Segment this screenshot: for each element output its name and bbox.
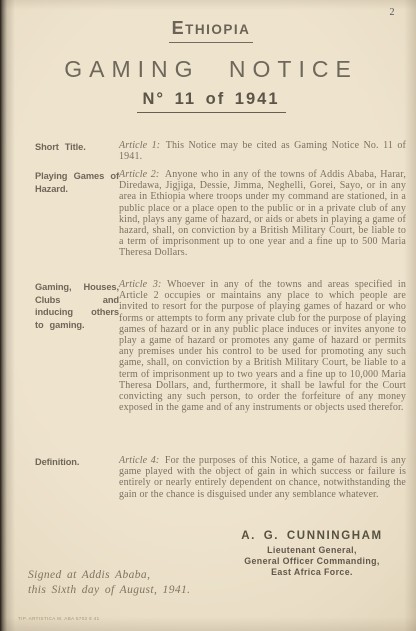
- country-heading: ETHIOPIA: [169, 18, 254, 43]
- article-1-label: Article 1:: [119, 140, 160, 151]
- notice-number-wrap: N° 11 of 1941: [14, 90, 408, 113]
- article-1-text: This Notice may be cited as Gaming Notic…: [119, 140, 406, 162]
- article-2: Article 2:Anyone who in any of the towns…: [119, 169, 406, 259]
- article-2-text: Anyone who in any of the towns of Addis …: [119, 169, 406, 258]
- signature-block: A. G. CUNNINGHAM Lieutenant General, Gen…: [228, 530, 396, 577]
- side-label-gaming-houses: Gaming, Houses, Clubs and inducing other…: [35, 281, 119, 331]
- article-3-text: Whoever in any of the towns and areas sp…: [119, 279, 406, 413]
- notice-number: N° 11 of 1941: [137, 90, 286, 113]
- signed-at-block: Signed at Addis Ababa, this Sixth day of…: [28, 568, 248, 597]
- signed-place: Signed at Addis Ababa,: [28, 568, 248, 583]
- side-label-playing-games: Playing Games of Hazard.: [35, 170, 119, 195]
- article-3: Article 3:Whoever in any of the towns an…: [119, 279, 406, 413]
- article-4-text: For the purposes of this Notice, a game …: [119, 455, 406, 500]
- signatory-force: East Africa Force.: [228, 567, 396, 578]
- article-3-label: Article 3:: [119, 279, 162, 290]
- signed-date: this Sixth day of August, 1941.: [28, 583, 248, 598]
- article-1: Article 1:This Notice may be cited as Ga…: [119, 140, 406, 162]
- signatory-title: General Officer Commanding,: [228, 556, 396, 567]
- article-4-label: Article 4:: [119, 455, 159, 466]
- country-heading-wrap: ETHIOPIA: [14, 18, 408, 43]
- side-label-short-title: Short Title.: [35, 141, 119, 154]
- notice-title: GAMING NOTICE: [14, 56, 408, 83]
- article-4: Article 4:For the purposes of this Notic…: [119, 455, 406, 500]
- page-number: 2: [390, 7, 396, 18]
- signatory-rank: Lieutenant General,: [228, 545, 396, 556]
- printer-imprint: TIP. ARTISTICA M. ABA 5702 8 41: [18, 616, 100, 621]
- signatory-name: A. G. CUNNINGHAM: [228, 530, 396, 542]
- article-2-label: Article 2:: [119, 169, 159, 180]
- side-label-definition: Definition.: [35, 456, 119, 469]
- scanned-notice-page: 2 ETHIOPIA GAMING NOTICE N° 11 of 1941 S…: [0, 0, 416, 631]
